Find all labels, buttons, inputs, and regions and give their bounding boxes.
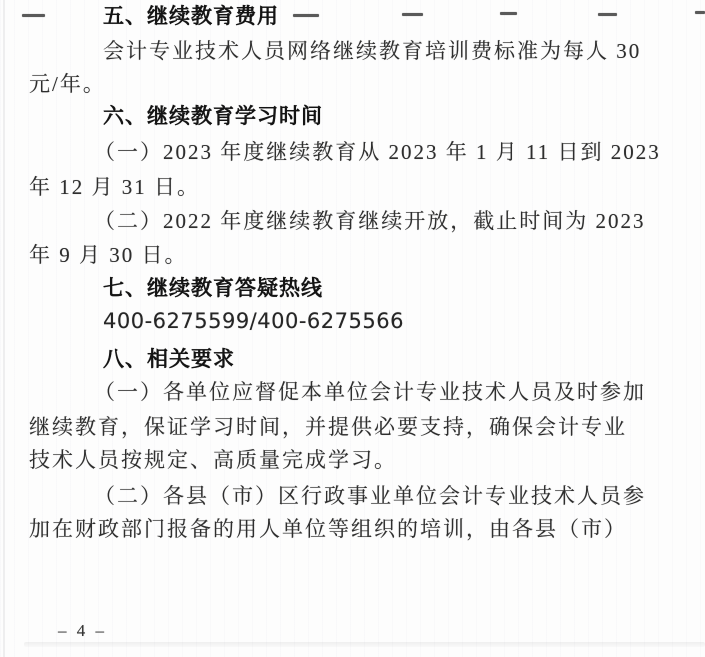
scan-dash-artifact — [22, 14, 45, 17]
scan-dash-artifact — [500, 12, 517, 15]
body-line: （二）各县（市）区行政事业单位会计专业技术人员参 — [94, 484, 646, 508]
body-line: 技术人员按规定、高质量完成学习。 — [29, 448, 397, 472]
scan-dash-artifact — [695, 11, 705, 14]
scan-smear-artifact — [24, 642, 705, 647]
scan-edge-line-artifact — [3, 0, 5, 657]
page-number: – 4 – — [58, 619, 107, 643]
scanned-document-page: 五、继续教育费用 会计专业技术人员网络继续教育培训费标准为每人 30 元/年。 … — [0, 0, 705, 657]
body-line: （二）2022 年度继续教育继续开放，截止时间为 2023 — [94, 209, 646, 233]
body-line: （一）各单位应督促本单位会计专业技术人员及时参加 — [94, 380, 646, 404]
scan-dash-artifact — [402, 13, 423, 16]
section-heading: 六、继续教育学习时间 — [103, 104, 323, 128]
body-line: 会计专业技术人员网络继续教育培训费标准为每人 30 — [103, 39, 641, 63]
body-line: 年 12 月 31 日。 — [29, 175, 200, 199]
body-line: 加在财政部门报备的用人单位等组织的培训，由各县（市） — [29, 517, 627, 541]
section-heading: 七、继续教育答疑热线 — [103, 276, 323, 300]
body-line: （一）2023 年度继续教育从 2023 年 1 月 11 日到 2023 — [94, 140, 661, 164]
scan-dash-artifact — [598, 13, 617, 16]
section-heading: 五、继续教育费用 — [103, 4, 279, 28]
section-heading: 八、相关要求 — [103, 347, 235, 371]
scan-dash-artifact — [293, 14, 319, 17]
body-line: 年 9 月 30 日。 — [29, 243, 188, 267]
body-line: 继续教育，保证学习时间，并提供必要支持，确保会计专业 — [29, 415, 627, 439]
body-line: 元/年。 — [29, 72, 106, 96]
hotline-number: 400-6275599/400-6275566 — [103, 309, 404, 333]
